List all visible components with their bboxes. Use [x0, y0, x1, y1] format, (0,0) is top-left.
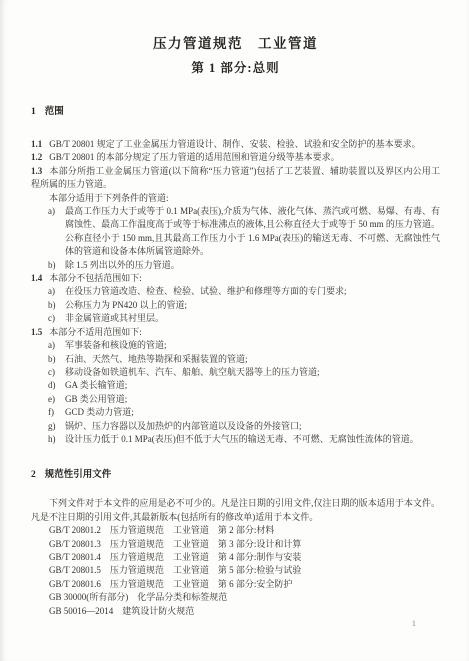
list-item-1-5-a: a) 军事装备和核设施的管道; [31, 339, 440, 352]
list-item-1-5-f: f) GCD 类动力管道; [31, 406, 440, 419]
clause-1-4-text: 本部分不包括范围如下: [49, 273, 142, 283]
page-content: 压力管道规范 工业管道 第 1 部分:总则 1范围 1.1GB/T 20801 … [0, 0, 469, 618]
document-page: GB/T 20801.1—2020 压力管道规范 工业管道 第 1 部分:总则 … [0, 0, 469, 661]
clause-1-1-text: GB/T 20801 规定了工业金属压力管道设计、制作、安装、检验、试验和安全防… [49, 139, 420, 149]
list-item-1-5-d: d) GA 类长输管道; [31, 379, 440, 392]
list-label: c) [48, 366, 65, 379]
list-label: b) [48, 299, 65, 312]
clause-1-5-text: 本部分不适用范围如下: [49, 327, 142, 337]
clause-1-1: 1.1GB/T 20801 规定了工业金属压力管道设计、制作、安装、检验、试验和… [31, 138, 440, 151]
list-label: a) [48, 205, 65, 259]
list-text: GB 类公用管道; [65, 393, 440, 406]
normative-references-intro: 下列文件对于本文件的应用是必不可少的。凡是注日期的引用文件,仅注日期的版本适用于… [31, 497, 440, 524]
section-2-title: 规范性引用文件 [45, 470, 112, 480]
clause-1-2-number: 1.2 [31, 152, 42, 162]
reference-line: GB 30000(所有部分) 化学品分类和标签规范 [49, 591, 440, 604]
list-text: 最高工作压力大于或等于 0.1 MPa(表压),介质为气体、液化气体、蒸汽或可燃… [65, 205, 440, 259]
clause-1-5: 1.5本部分不适用范围如下: [31, 326, 440, 339]
reference-line: GB/T 20801.5 压力管道规范 工业管道 第 5 部分:检验与试验 [49, 564, 440, 577]
list-item-1-3-a: a) 最高工作压力大于或等于 0.1 MPa(表压),介质为气体、液化气体、蒸汽… [31, 205, 440, 259]
list-text: 非金属管道或其衬里层。 [65, 312, 440, 325]
list-text: 军事装备和核设施的管道; [65, 339, 440, 352]
clause-1-1-number: 1.1 [31, 139, 42, 149]
list-label: b) [48, 353, 65, 366]
clause-1-3-condition-intro: 本部分适用于下列条件的管道: [49, 192, 440, 205]
list-text: 移动设备如铁道机车、汽车、船舶、航空航天器等上的压力管道; [65, 366, 440, 379]
list-text: 石油、天然气、地热等勘探和采掘装置的管道; [65, 353, 440, 366]
list-label: g) [48, 420, 65, 433]
reference-line: GB/T 20801.4 压力管道规范 工业管道 第 4 部分:制作与安装 [49, 551, 440, 564]
section-1-number: 1 [31, 107, 36, 117]
list-item-1-5-b: b) 石油、天然气、地热等勘探和采掘装置的管道; [31, 353, 440, 366]
list-label: f) [48, 406, 65, 419]
list-text: 公称压力为 PN420 以上的管道; [65, 299, 440, 312]
clause-1-3-number: 1.3 [31, 166, 42, 176]
list-text: 除 1.5 列出以外的压力管道。 [65, 259, 440, 272]
section-1-heading: 1范围 [31, 103, 440, 117]
list-label: d) [48, 379, 65, 392]
list-label: a) [48, 285, 65, 298]
section-1-title: 范围 [45, 107, 64, 117]
list-label: b) [48, 259, 65, 272]
doc-title-line2: 第 1 部分:总则 [31, 58, 440, 76]
list-item-1-4-c: c) 非金属管道或其衬里层。 [31, 312, 440, 325]
list-label: h) [48, 433, 65, 446]
list-label: c) [48, 312, 65, 325]
reference-line: GB/T 20801.2 压力管道规范 工业管道 第 2 部分:材料 [49, 524, 440, 537]
clause-1-4: 1.4本部分不包括范围如下: [31, 272, 440, 285]
clause-1-5-number: 1.5 [31, 327, 42, 337]
section-2-body: 下列文件对于本文件的应用是必不可少的。凡是注日期的引用文件,仅注日期的版本适用于… [31, 497, 440, 618]
section-1-body: 1.1GB/T 20801 规定了工业金属压力管道设计、制作、安装、检验、试验和… [31, 138, 440, 446]
list-text: 设计压力低于 0.1 MPa(表压)但不低于大气压的输送无毒、不可燃、无腐蚀性流… [65, 433, 440, 446]
page-number: 1 [412, 618, 416, 628]
reference-line: GB 50016—2014 建筑设计防火规范 [49, 605, 440, 618]
section-2-number: 2 [31, 470, 36, 480]
list-label: e) [48, 393, 65, 406]
list-item-1-3-b: b) 除 1.5 列出以外的压力管道。 [31, 259, 440, 272]
clause-1-2-text: GB/T 20801 的本部分规定了压力管道的适用范围和管道分级等基本要求。 [49, 152, 339, 162]
list-item-1-4-b: b) 公称压力为 PN420 以上的管道; [31, 299, 440, 312]
list-item-1-5-h: h) 设计压力低于 0.1 MPa(表压)但不低于大气压的输送无毒、不可燃、无腐… [31, 433, 440, 446]
list-item-1-5-c: c) 移动设备如铁道机车、汽车、船舶、航空航天器等上的压力管道; [31, 366, 440, 379]
section-2-heading: 2规范性引用文件 [31, 466, 440, 480]
list-text: GA 类长输管道; [65, 379, 440, 392]
doc-title-line1: 压力管道规范 工业管道 [31, 32, 440, 52]
list-label: a) [48, 339, 65, 352]
list-item-1-5-e: e) GB 类公用管道; [31, 393, 440, 406]
list-item-1-4-a: a) 在役压力管道改造、检查、检验、试验、维护和修理等方面的专门要求; [31, 285, 440, 298]
reference-line: GB/T 20801.3 压力管道规范 工业管道 第 3 部分:设计和计算 [49, 538, 440, 551]
clause-1-2: 1.2GB/T 20801 的本部分规定了压力管道的适用范围和管道分级等基本要求… [31, 151, 440, 164]
running-header: GB/T 20801.1—2020 [360, 0, 453, 2]
clause-1-3-text: 本部分所指工业金属压力管道(以下简称“压力管道”)包括了工艺装置、辅助装置以及界… [31, 166, 440, 189]
list-text: 在役压力管道改造、检查、检验、试验、维护和修理等方面的专门要求; [65, 285, 440, 298]
reference-line: GB/T 20801.6 压力管道规范 工业管道 第 6 部分:安全防护 [49, 578, 440, 591]
list-text: GCD 类动力管道; [65, 406, 440, 419]
list-text: 锅炉、压力容器以及加热炉的内部管道以及设备的外接管口; [65, 420, 440, 433]
clause-1-3: 1.3本部分所指工业金属压力管道(以下简称“压力管道”)包括了工艺装置、辅助装置… [31, 165, 440, 192]
list-item-1-5-g: g) 锅炉、压力容器以及加热炉的内部管道以及设备的外接管口; [31, 420, 440, 433]
clause-1-4-number: 1.4 [31, 273, 42, 283]
